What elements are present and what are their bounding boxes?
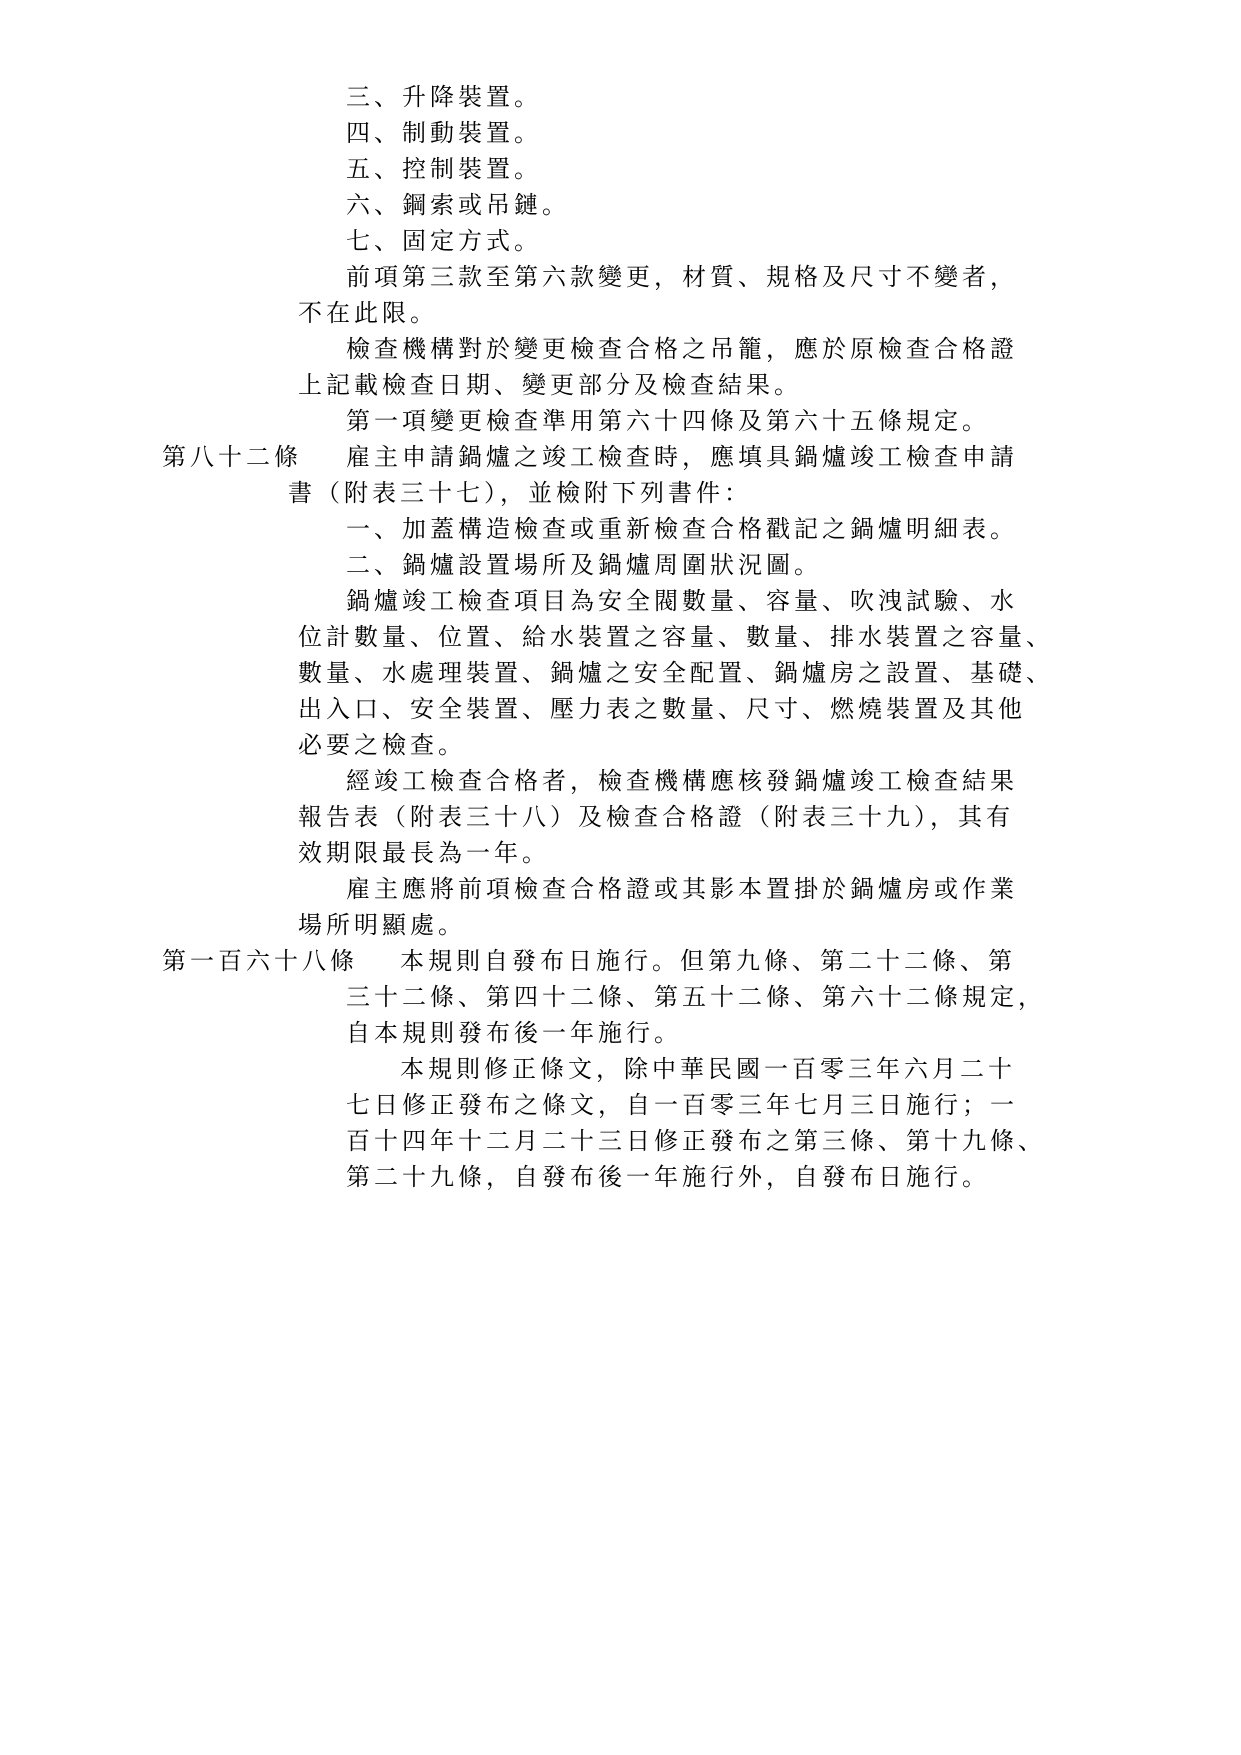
text-line: 四、制動裝置。 (346, 116, 542, 150)
text-line: 第二十九條，自發布後一年施行外，自發布日施行。 (346, 1160, 990, 1194)
text-line: 百十四年十二月二十三日修正發布之第三條、第十九條、 (346, 1124, 1046, 1158)
text-line: 上記載檢查日期、變更部分及檢查結果。 (298, 368, 802, 402)
text-line: 六、鋼索或吊鏈。 (346, 188, 570, 222)
article-label: 第一百六十八條 (162, 944, 358, 978)
text-line: 必要之檢查。 (298, 728, 466, 762)
text-line: 位計數量、位置、給水裝置之容量、數量、排水裝置之容量、 (298, 620, 1054, 654)
text-line: 出入口、安全裝置、壓力表之數量、尺寸、燃燒裝置及其他 (298, 692, 1026, 726)
text-line: 前項第三款至第六款變更，材質、規格及尺寸不變者， (346, 260, 1018, 294)
text-line: 本規則修正條文，除中華民國一百零三年六月二十 (400, 1052, 1016, 1086)
text-line: 檢查機構對於變更檢查合格之吊籠，應於原檢查合格證 (346, 332, 1018, 366)
text-line: 報告表（附表三十八）及檢查合格證（附表三十九），其有 (298, 800, 1014, 834)
document-page: 三、升降裝置。四、制動裝置。五、控制裝置。六、鋼索或吊鏈。七、固定方式。前項第三… (0, 0, 1241, 1755)
text-line: 自本規則發布後一年施行。 (346, 1016, 682, 1050)
article-label: 第八十二條 (162, 440, 302, 474)
text-line: 三、升降裝置。 (346, 80, 542, 114)
text-line: 雇主申請鍋爐之竣工檢查時，應填具鍋爐竣工檢查申請 (346, 440, 1018, 474)
text-line: 不在此限。 (298, 296, 438, 330)
text-line: 三十二條、第四十二條、第五十二條、第六十二條規定， (346, 980, 1046, 1014)
text-line: 經竣工檢查合格者，檢查機構應核發鍋爐竣工檢查結果 (346, 764, 1018, 798)
text-line: 鍋爐竣工檢查項目為安全閥數量、容量、吹洩試驗、水 (346, 584, 1018, 618)
text-line: 一、加蓋構造檢查或重新檢查合格戳記之鍋爐明細表。 (346, 512, 1018, 546)
text-line: 二、鍋爐設置場所及鍋爐周圍狀況圖。 (346, 548, 822, 582)
text-line: 五、控制裝置。 (346, 152, 542, 186)
text-line: 書（附表三十七），並檢附下列書件： (288, 476, 752, 510)
text-line: 效期限最長為一年。 (298, 836, 550, 870)
text-line: 第一項變更檢查準用第六十四條及第六十五條規定。 (346, 404, 990, 438)
text-line: 七日修正發布之條文，自一百零三年七月三日施行；一 (346, 1088, 1018, 1122)
text-line: 七、固定方式。 (346, 224, 542, 258)
text-line: 本規則自發布日施行。但第九條、第二十二條、第 (400, 944, 1016, 978)
text-line: 數量、水處理裝置、鍋爐之安全配置、鍋爐房之設置、基礎、 (298, 656, 1054, 690)
text-line: 場所明顯處。 (298, 908, 466, 942)
text-line: 雇主應將前項檢查合格證或其影本置掛於鍋爐房或作業 (346, 872, 1018, 906)
